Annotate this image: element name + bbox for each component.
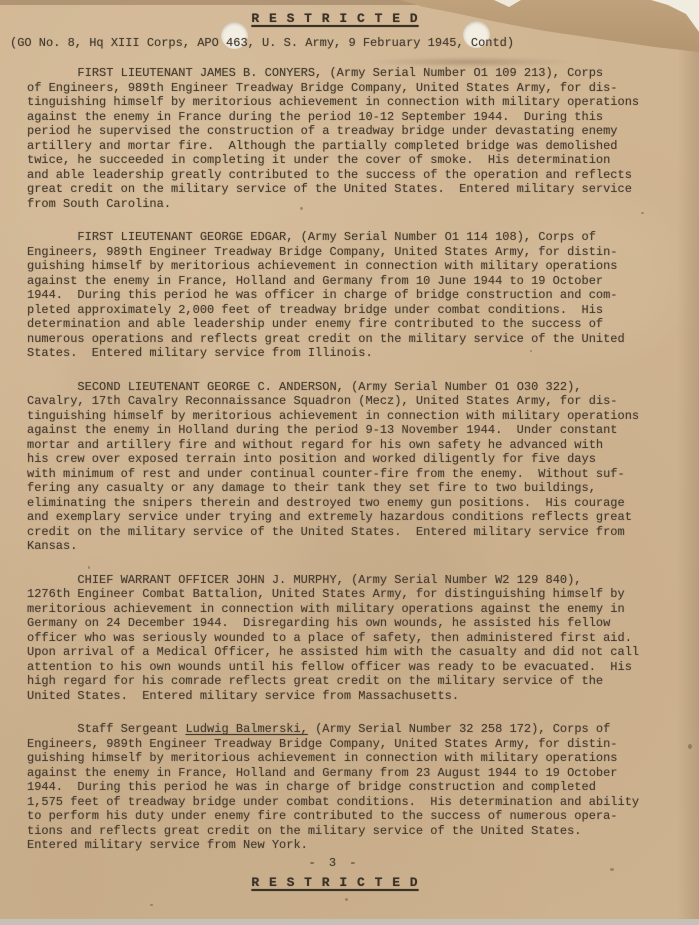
- citation-text: FIRST LIEUTENANT JAMES B. CONYERS, (Army…: [27, 66, 639, 211]
- citation-text: CHIEF WARRANT OFFICER JOHN J. MURPHY, (A…: [27, 573, 639, 703]
- citation-text: FIRST LIEUTENANT GEORGE EDGAR, (Army Ser…: [27, 230, 625, 360]
- citation-paragraph-murphy: CHIEF WARRANT OFFICER JOHN J. MURPHY, (A…: [27, 573, 679, 704]
- document-page: R E S T R I C T E D (GO No. 8, Hq XIII C…: [0, 0, 699, 925]
- citations-body: FIRST LIEUTENANT JAMES B. CONYERS, (Army…: [27, 66, 679, 872]
- citation-text: Staff Sergeant: [27, 722, 185, 736]
- classification-banner-top: R E S T R I C T E D: [0, 11, 670, 26]
- page-edge-shadow: [677, 0, 699, 925]
- page-number: - 3 -: [0, 856, 668, 870]
- order-reference-line: (GO No. 8, Hq XIII Corps, APO 463, U. S.…: [10, 36, 514, 50]
- classification-banner-bottom: R E S T R I C T E D: [0, 875, 670, 890]
- citation-paragraph-balmerski: Staff Sergeant Ludwig Balmerski, (Army S…: [27, 722, 679, 853]
- citation-text: (Army Serial Number 32 258 172), Corps o…: [27, 722, 639, 852]
- scan-bottom-edge: [0, 919, 699, 925]
- paper-speck: [345, 898, 348, 901]
- soldier-name-underlined: Ludwig Balmerski,: [185, 722, 307, 736]
- citation-text: SECOND LIEUTENANT GEORGE C. ANDERSON, (A…: [27, 380, 639, 554]
- paper-speck: [688, 744, 692, 749]
- citation-paragraph-conyers: FIRST LIEUTENANT JAMES B. CONYERS, (Army…: [27, 66, 679, 211]
- citation-paragraph-anderson: SECOND LIEUTENANT GEORGE C. ANDERSON, (A…: [27, 380, 679, 554]
- paper-speck: [150, 904, 153, 906]
- citation-paragraph-edgar: FIRST LIEUTENANT GEORGE EDGAR, (Army Ser…: [27, 230, 679, 361]
